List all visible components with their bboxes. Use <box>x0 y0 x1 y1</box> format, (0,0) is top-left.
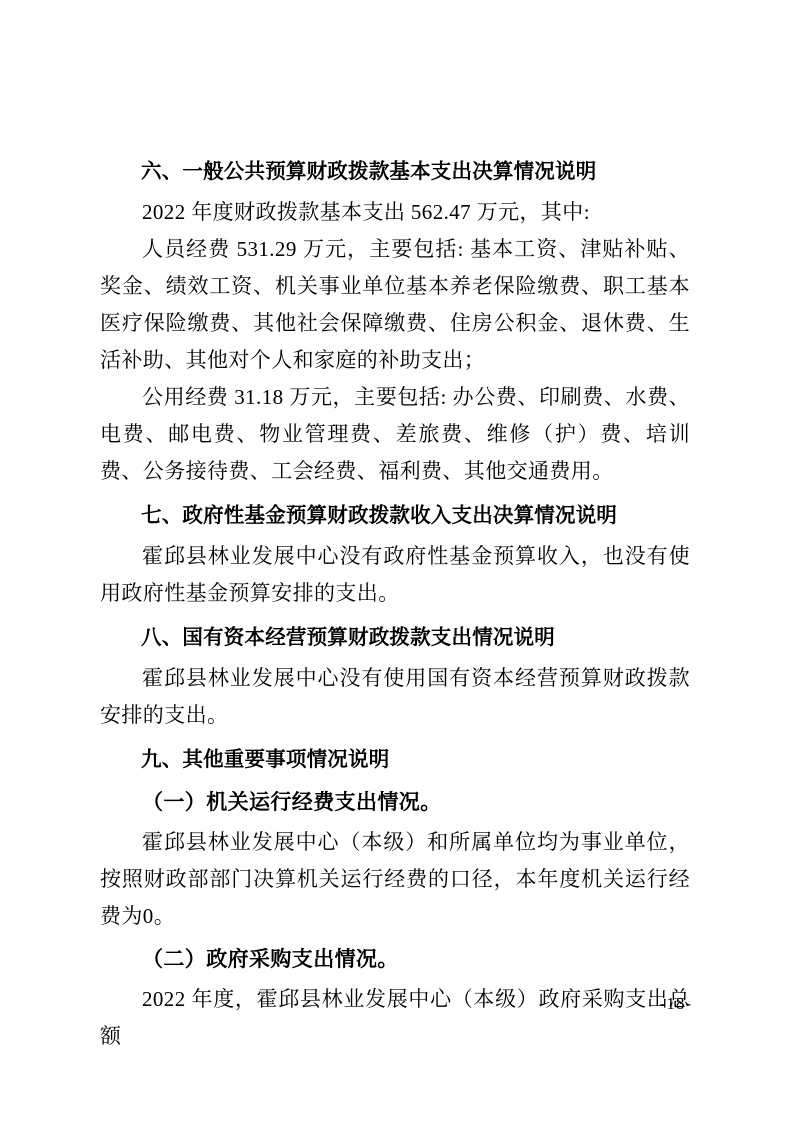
subheading-government-procurement: （二）政府采购支出情况。 <box>100 941 690 978</box>
page-number: -18- <box>660 994 692 1014</box>
subheading-operating-expenses: （一）机关运行经费支出情况。 <box>100 784 690 821</box>
heading-section-8: 八、国有资本经营预算财政拨款支出情况说明 <box>100 619 690 656</box>
paragraph-operating-expenses-detail: 霍邱县林业发展中心（本级）和所属单位均为事业单位，按照财政部部门决算机关运行经费… <box>100 824 690 935</box>
paragraph-state-capital-budget: 霍邱县林业发展中心没有使用国有资本经营预算财政拨款安排的支出。 <box>100 660 690 734</box>
heading-section-7: 七、政府性基金预算财政拨款收入支出决算情况说明 <box>100 497 690 534</box>
paragraph-personnel-funds: 人员经费 531.29 万元，主要包括: 基本工资、津贴补贴、奖金、绩效工资、机… <box>100 231 690 379</box>
paragraph-basic-expenditure-total: 2022 年度财政拨款基本支出 562.47 万元，其中: <box>100 194 690 231</box>
document-page: 六、一般公共预算财政拨款基本支出决算情况说明 2022 年度财政拨款基本支出 5… <box>0 0 793 1122</box>
heading-section-9: 九、其他重要事项情况说明 <box>100 741 690 778</box>
paragraph-public-funds: 公用经费 31.18 万元，主要包括: 办公费、印刷费、水费、电费、邮电费、物业… <box>100 379 690 490</box>
paragraph-procurement-detail: 2022 年度，霍邱县林业发展中心（本级）政府采购支出总额 <box>100 981 690 1055</box>
paragraph-government-fund-budget: 霍邱县林业发展中心没有政府性基金预算收入，也没有使用政府性基金预算安排的支出。 <box>100 538 690 612</box>
heading-section-6: 六、一般公共预算财政拨款基本支出决算情况说明 <box>100 153 690 190</box>
document-content: 六、一般公共预算财政拨款基本支出决算情况说明 2022 年度财政拨款基本支出 5… <box>100 146 690 1055</box>
